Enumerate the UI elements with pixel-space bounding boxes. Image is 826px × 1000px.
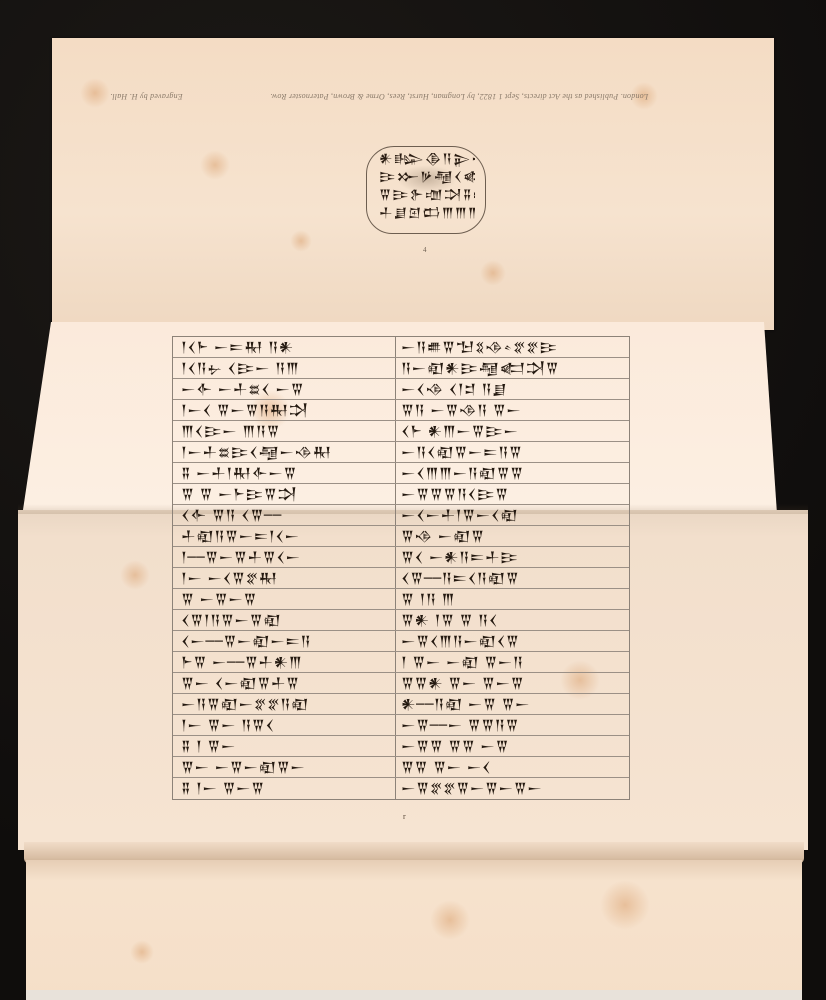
right-cell: 𒀸𒌋𒈾 𒌋𒁹𒄑 𒀀𒋗: [401, 380, 623, 400]
foxing-spot: [290, 230, 312, 252]
left-cell: 𒀸𒀀𒐊𒊏𒀸𒐐𒐐𒀀𒊏: [181, 695, 389, 715]
left-cell: 𒐊𒀸 𒌋𒀸𒊏𒐊𒈦𒐊: [181, 674, 389, 694]
left-cell: 𒈨𒐊 𒀸──𒐊𒈦𒀭𒐈: [181, 653, 389, 673]
left-cell: 𒐉 𒀸𒈦𒁹𒊑𒅆𒀸𒐊: [181, 464, 389, 484]
left-cell: 𒁹𒌋𒈨 𒀸𒋰𒊑 𒀀𒀭: [181, 338, 389, 358]
right-cell: 𒐊𒐊𒀭 𒐊𒀸 𒐊𒀸𒐊: [401, 674, 623, 694]
right-cell: 𒐊𒀭 𒁹𒐊 𒐊 𒀀𒌋: [401, 611, 623, 631]
right-cell: 𒀸𒐊𒌋𒐈𒀀𒀸𒊏𒌋𒐊: [401, 632, 623, 652]
inscription-row: 𒈦𒊏𒀀𒐊𒀸𒋰𒁹𒌋𒀸𒐊𒈾 𒀸𒊏𒐊: [173, 526, 629, 547]
inscription-row: 𒐈𒌋𒄿𒀸 𒐈𒀀𒐊𒌋𒈨 𒀭𒐈𒀸𒐊𒄿𒀸: [173, 421, 629, 442]
right-cell: 𒀸𒀀𒌑𒐊𒈠𒐏𒈾𒑊𒐐𒐐𒄿: [401, 338, 623, 358]
inscription-row: 𒌋𒅆 𒐊𒀀 𒌋𒐊──𒀸𒌋𒀸𒈦𒁹𒐊𒀸𒌋𒊏: [173, 505, 629, 526]
seal-numeral: 4: [423, 246, 427, 254]
right-cell: 𒐊𒀀 𒀸𒐊𒈾𒀀 𒐊𒀸: [401, 401, 623, 421]
book-page-below: [26, 860, 802, 1000]
foxing-spot: [80, 78, 110, 108]
inscription-row: 𒐊𒀸 𒀸𒐊𒀸𒊏𒐊𒀸𒐊𒐊 𒐊𒀸 𒀸𒌋: [173, 757, 629, 778]
engraver-imprint: Engraved by H. Hall.: [110, 92, 183, 101]
left-cell: 𒌋𒅆 𒐊𒀀 𒌋𒐊──: [181, 506, 389, 526]
left-cell: 𒁹𒌋𒀀𒉡 𒌋𒄿𒀸 𒀀𒐈: [181, 359, 389, 379]
inscription-row: 𒈨𒐊 𒀸──𒐊𒈦𒀭𒐈𒁹 𒐊𒀸 𒀸𒊏 𒐊𒀸𒀀: [173, 652, 629, 673]
inscription-row: 𒀸𒀀𒐊𒊏𒀸𒐐𒐐𒀀𒊏𒀭──𒀀𒊏 𒀸𒐊 𒐊𒀸: [173, 694, 629, 715]
foxing-spot: [120, 560, 150, 590]
seal-line: 𒀭𒈗𒆠𒀀𒉌𒋾𒍪: [379, 153, 475, 167]
inscription-row: 𒁹──𒐊𒀸𒐊𒈦𒐊𒌋𒀸𒐊𒌋 𒀸𒀭𒀀𒋰𒈦𒄿: [173, 547, 629, 568]
right-cell: 𒐊𒌋 𒀸𒀭𒀀𒋰𒈦𒄿: [401, 548, 623, 568]
left-cell: 𒐈𒌋𒄿𒀸 𒐈𒀀𒐊: [181, 422, 389, 442]
right-cell: 𒀸𒐊𒐐𒐐𒐊𒀸𒐊𒀸𒐊𒀸: [401, 779, 623, 799]
left-cell: 𒁹𒀸 𒐊𒀸 𒀀𒐊𒌋: [181, 716, 389, 736]
left-cell: 𒁹𒀸𒌋 𒐊𒀸𒐊𒀀𒊑𒋫: [181, 401, 389, 421]
page-edge: [26, 990, 802, 1000]
right-cell: 𒀸𒌋𒐈𒐈𒀸𒀀𒊏𒐊𒐊: [401, 464, 623, 484]
right-cell: 𒀸𒀀𒌋𒊏𒐊𒀸𒋰𒀀𒐊: [401, 443, 623, 463]
inscription-row: 𒌋𒀸──𒐊𒀸𒊏𒀸𒋰𒀀𒀸𒐊𒌋𒐈𒀀𒀸𒊏𒌋𒐊: [173, 631, 629, 652]
inscription-row: 𒁹𒀸𒌋 𒐊𒀸𒐊𒀀𒊑𒋫𒐊𒀀 𒀸𒐊𒈾𒀀 𒐊𒀸: [173, 400, 629, 421]
left-cell: 𒌋𒐊𒁹𒀀𒐊𒀸𒐊𒊏: [181, 611, 389, 631]
left-cell: 𒁹──𒐊𒀸𒐊𒈦𒐊𒌋𒀸: [181, 548, 389, 568]
foxing-spot: [480, 260, 506, 286]
cuneiform-seal: 𒀭𒈗𒆠𒀀𒉌𒋾𒍪 𒄿𒁍𒃻𒆷𒌋𒅗𒊺 𒐊𒄿𒉿𒌝𒋫𒐉𒌑 𒈦𒋗𒇻𒆗𒐈𒐈𒐈: [366, 146, 486, 234]
inscription-row: 𒐊𒀸 𒌋𒀸𒊏𒐊𒈦𒐊𒐊𒐊𒀭 𒐊𒀸 𒐊𒀸𒐊: [173, 673, 629, 694]
inscription-row: 𒐉 𒁹 𒐊𒀸𒀸𒐊𒐊 𒐊𒐊 𒀸𒐊: [173, 736, 629, 757]
left-cell: 𒐊𒀸 𒀸𒐊𒀸𒊏𒐊𒀸: [181, 758, 389, 778]
foxing-spot: [130, 940, 154, 964]
cuneiform-inscription-table: 𒁹𒌋𒈨 𒀸𒋰𒊑 𒀀𒀭𒀸𒀀𒌑𒐊𒈠𒐏𒈾𒑊𒐐𒐐𒄿 𒁹𒌋𒀀𒉡 𒌋𒄿𒀸 𒀀𒐈𒀀𒀸𒊏𒀭𒄿𒆷𒅗…: [172, 336, 630, 800]
right-cell: 𒁹 𒐊𒀸 𒀸𒊏 𒐊𒀸𒀀: [401, 653, 623, 673]
left-cell: 𒐉 𒁹 𒐊𒀸: [181, 737, 389, 757]
right-cell: 𒀭──𒀀𒊏 𒀸𒐊 𒐊𒀸: [401, 695, 623, 715]
foxing-spot: [200, 150, 230, 180]
right-cell: 𒌋𒈨 𒀭𒐈𒀸𒐊𒄿𒀸: [401, 422, 623, 442]
left-cell: 𒁹𒀸 𒀸𒌋𒐊𒐐𒊑: [181, 569, 389, 589]
inscription-row: 𒌋𒐊𒁹𒀀𒐊𒀸𒐊𒊏𒐊𒀭 𒁹𒐊 𒐊 𒀀𒌋: [173, 610, 629, 631]
publisher-imprint: London. Published as the Act directs, Se…: [270, 92, 648, 101]
right-cell: 𒐊𒈾 𒀸𒊏𒐊: [401, 527, 623, 547]
left-cell: 𒐊 𒀸𒐊𒀸𒐊: [181, 590, 389, 610]
left-cell: 𒀸𒅆 𒀸𒈦𒊺𒌋 𒀸𒐊: [181, 380, 389, 400]
inscription-row: 𒐉 𒁹𒀸 𒐊𒀸𒐊𒀸𒐊𒐐𒐐𒐊𒀸𒐊𒀸𒐊𒀸: [173, 778, 629, 798]
right-cell: 𒀀𒀸𒊏𒀭𒄿𒆷𒅗𒋫𒐊: [401, 359, 623, 379]
right-cell: 𒌋𒐊──𒀀𒋰𒌋𒀀𒊏𒐊: [401, 569, 623, 589]
foxing-spot: [430, 900, 470, 940]
left-cell: 𒈦𒊏𒀀𒐊𒀸𒋰𒁹𒌋𒀸: [181, 527, 389, 547]
inscription-row: 𒐊 𒐊 𒀸𒈨𒄿𒐊𒋫𒀸𒐊𒐊𒐊𒀀𒌋𒄿𒐊: [173, 484, 629, 505]
inscription-row: 𒐉 𒀸𒈦𒁹𒊑𒅆𒀸𒐊𒀸𒌋𒐈𒐈𒀸𒀀𒊏𒐊𒐊: [173, 463, 629, 484]
plate-mark: r: [403, 812, 406, 821]
inscription-row: 𒁹𒌋𒈨 𒀸𒋰𒊑 𒀀𒀭𒀸𒀀𒌑𒐊𒈠𒐏𒈾𒑊𒐐𒐐𒄿: [173, 337, 629, 358]
right-cell: 𒀸𒐊𒐊 𒐊𒐊 𒀸𒐊: [401, 737, 623, 757]
right-cell: 𒀸𒐊𒐊𒐊𒀀𒌋𒄿𒐊: [401, 485, 623, 505]
left-cell: 𒌋𒀸──𒐊𒀸𒊏𒀸𒋰𒀀: [181, 632, 389, 652]
inscription-row: 𒁹𒌋𒀀𒉡 𒌋𒄿𒀸 𒀀𒐈𒀀𒀸𒊏𒀭𒄿𒆷𒅗𒋫𒐊: [173, 358, 629, 379]
seal-line: 𒐊𒄿𒉿𒌝𒋫𒐉𒌑: [379, 189, 475, 203]
seal-line: 𒈦𒋗𒇻𒆗𒐈𒐈𒐈: [379, 207, 475, 221]
foxing-spot: [600, 880, 650, 930]
left-cell: 𒐊 𒐊 𒀸𒈨𒄿𒐊𒋫: [181, 485, 389, 505]
left-cell: 𒁹𒀸𒈦𒊺𒄿𒌋𒆷𒀸𒈾𒊑: [181, 443, 389, 463]
inscription-row: 𒁹𒀸𒈦𒊺𒄿𒌋𒆷𒀸𒈾𒊑𒀸𒀀𒌋𒊏𒐊𒀸𒋰𒀀𒐊: [173, 442, 629, 463]
right-cell: 𒀸𒐊──𒀸 𒐊𒐊𒀀𒐊: [401, 716, 623, 736]
right-cell: 𒐊𒐊 𒐊𒀸 𒀸𒌋: [401, 758, 623, 778]
seal-line: 𒄿𒁍𒃻𒆷𒌋𒅗𒊺: [379, 171, 475, 185]
right-cell: 𒀸𒌋𒀸𒈦𒁹𒐊𒀸𒌋𒊏: [401, 506, 623, 526]
right-cell: 𒐊 𒁹𒀀 𒐈: [401, 590, 623, 610]
inscription-row: 𒐊 𒀸𒐊𒀸𒐊𒐊 𒁹𒀀 𒐈: [173, 589, 629, 610]
inscription-row: 𒁹𒀸 𒀸𒌋𒐊𒐐𒊑𒌋𒐊──𒀀𒋰𒌋𒀀𒊏𒐊: [173, 568, 629, 589]
inscription-row: 𒀸𒅆 𒀸𒈦𒊺𒌋 𒀸𒐊𒀸𒌋𒈾 𒌋𒁹𒄑 𒀀𒋗: [173, 379, 629, 400]
left-cell: 𒐉 𒁹𒀸 𒐊𒀸𒐊: [181, 779, 389, 799]
inscription-row: 𒁹𒀸 𒐊𒀸 𒀀𒐊𒌋𒀸𒐊──𒀸 𒐊𒐊𒀀𒐊: [173, 715, 629, 736]
